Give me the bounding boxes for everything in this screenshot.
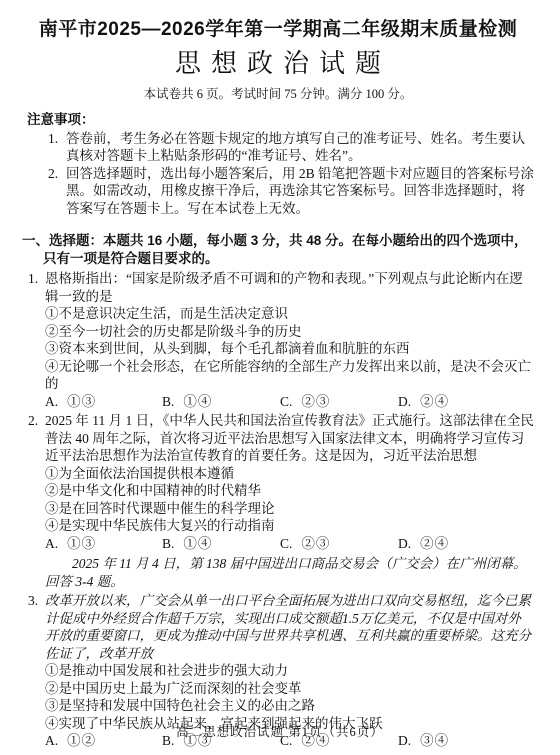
notice-item-text: 回答选择题时，选出每小题答案后，用 2B 铅笔把答题卡对应题目的答案标号涂黑。如… [66,165,534,218]
notice-item-text: 答卷前，考生务必在答题卡规定的地方填写自己的准考证号、姓名。考生要认真核对答题卡… [66,130,534,165]
option-a: A.①③ [45,535,162,553]
option-label: C. [280,394,292,409]
options-row: A.①③ B.①④ C.②③ D.②④ [45,535,534,553]
notice-heading: 注意事项： [27,111,534,129]
statement-3: ③是坚持和发展中国特色社会主义的必由之路 [45,697,534,715]
notice-item-1: 1. 答卷前，考生务必在答题卡规定的地方填写自己的准考证号、姓名。考生要认真核对… [48,130,534,165]
option-value: ②④ [420,394,449,409]
statement-1: ①不是意识决定生活，而是生活决定意识 [45,305,534,323]
subject-title: 思想政治试题 [22,48,534,80]
question-1: 1. 恩格斯指出：“国家是阶级矛盾不可调和的产物和表现。”下列观点与此论断内在逻… [28,270,534,410]
statement-3: ③资本来到世间，从头到脚，每个毛孔都滴着血和肮脏的东西 [45,340,534,358]
notice-item-number: 1. [48,130,66,165]
question-stem: 改革开放以来，广交会从单一出口平台全面拓展为进出口双向交易枢纽，迄今已累计促成中… [45,592,534,662]
option-label: B. [162,394,174,409]
options-row: A.①③ B.①④ C.②③ D.②④ [45,393,534,411]
option-value: ①③ [67,394,96,409]
question-stem: 恩格斯指出：“国家是阶级矛盾不可调和的产物和表现。”下列观点与此论断内在逻辑一致… [45,270,534,305]
exam-paper-page: 南平市2025—2026学年第一学期高二年级期末质量检测 思想政治试题 本试卷共… [0,0,560,755]
question-group-note: 2025 年 11 月 4 日，第 138 届中国进出口商品交易会（广交会）在广… [45,555,534,590]
option-label: A. [45,394,58,409]
notice-item-number: 2. [48,165,66,218]
option-a: A.①③ [45,393,162,411]
option-d: D.②④ [398,535,449,553]
option-b: B.①④ [162,393,280,411]
option-c: C.②③ [280,535,398,553]
option-label: D. [398,536,411,551]
question-stem: 2025 年 11 月 1 日，《中华人民共和国法治宣传教育法》正式施行。这部法… [45,412,534,465]
option-b: B.①④ [162,535,280,553]
statement-2: ②是中华文化和中国精神的时代精华 [45,482,534,500]
notice-item-2: 2. 回答选择题时，选出每小题答案后，用 2B 铅笔把答题卡对应题目的答案标号涂… [48,165,534,218]
exam-title: 南平市2025—2026学年第一学期高二年级期末质量检测 [22,18,534,42]
statement-3: ③是在回答时代课题中催生的科学理论 [45,500,534,518]
question-body: 2025 年 11 月 1 日，《中华人民共和国法治宣传教育法》正式施行。这部法… [45,412,534,552]
option-value: ①④ [183,536,212,551]
question-number: 1. [28,270,45,410]
option-label: D. [398,394,411,409]
option-label: A. [45,536,58,551]
option-d: D.②④ [398,393,449,411]
statement-4: ④是实现中华民族伟大复兴的行动指南 [45,517,534,535]
question-body: 恩格斯指出：“国家是阶级矛盾不可调和的产物和表现。”下列观点与此论断内在逻辑一致… [45,270,534,410]
section-one-heading: 一、选择题：本题共 16 小题，每小题 3 分，共 48 分。在每小题给出的四个… [22,232,534,268]
exam-info-line: 本试卷共 6 页。考试时间 75 分钟。满分 100 分。 [22,86,534,102]
statement-1: ①是推动中国发展和社会进步的强大动力 [45,662,534,680]
question-2: 2. 2025 年 11 月 1 日，《中华人民共和国法治宣传教育法》正式施行。… [28,412,534,552]
statement-2: ②是中国历史上最为广泛而深刻的社会变革 [45,680,534,698]
option-label: B. [162,536,174,551]
option-label: C. [280,536,292,551]
notice-section: 注意事项： 1. 答卷前，考生务必在答题卡规定的地方填写自己的准考证号、姓名。考… [22,111,534,217]
option-c: C.②③ [280,393,398,411]
statement-2: ②至今一切社会的历史都是阶级斗争的历史 [45,323,534,341]
question-number: 2. [28,412,45,552]
option-value: ②④ [420,536,449,551]
statement-1: ①为全面依法治国提供根本遵循 [45,465,534,483]
option-value: ②③ [301,536,330,551]
statement-4: ④无论哪一个社会形态，在它所能容纳的全部生产力发挥出来以前，是决不会灭亡的 [45,358,534,393]
option-value: ①④ [183,394,212,409]
page-footer: 高二思想政治试题 第1页（共6页） [0,724,560,742]
option-value: ②③ [301,394,330,409]
option-value: ①③ [67,536,96,551]
